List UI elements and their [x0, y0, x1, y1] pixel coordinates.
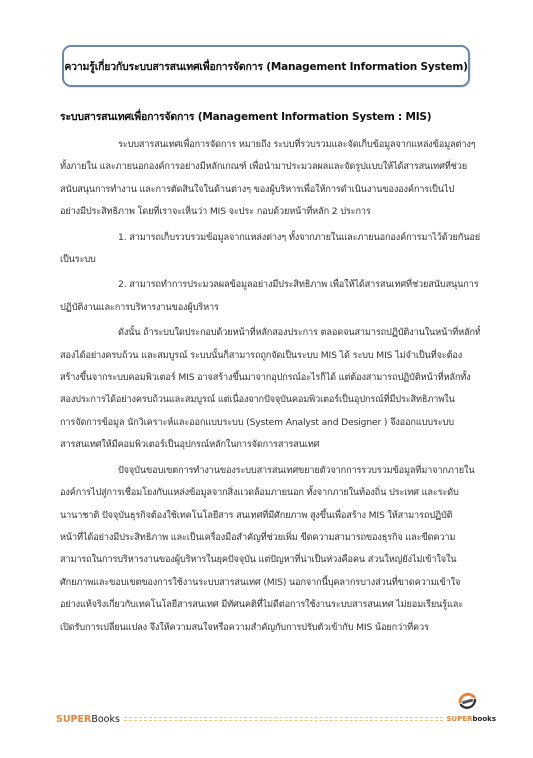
text-line: สารสนเทศให้มีคอมพิวเตอร์เป็นอุปกรณ์หลักใ…	[60, 434, 480, 456]
list-item-2: 2. สามารถทำการประมวลผลข้อมูลอย่างมีประสิ…	[60, 274, 480, 319]
text-line: ระบบสารสนเทศเพื่อการจัดการ หมายถึง ระบบท…	[60, 134, 480, 156]
paragraph-current-scope: ปัจจุบันขอบเขตการทำงานของระบบสารสนเทศขยา…	[60, 460, 480, 639]
brand-books-text: books	[473, 715, 496, 723]
text-line: สร้างขึ้นจากระบบคอมพิวเตอร์ MIS อาจสร้าง…	[60, 367, 480, 389]
title-box: ความรู้เกี่ยวกับระบบสารสนเทศเพื่อการจัดก…	[62, 45, 470, 87]
text-line: อย่างมีประสิทธิภาพ โดยที่เราจะเห็นว่า MI…	[60, 201, 480, 223]
text-line: สองได้อย่างครบถ้วน และสมบูรณ์ ระบบนั้นก็…	[60, 345, 480, 367]
superbooks-logo-icon	[456, 690, 478, 712]
text-line: 2. สามารถทำการประมวลผลข้อมูลอย่างมีประสิ…	[60, 274, 480, 296]
list-item-1: 1. สามารถเก็บรวบรวมข้อมูลจากแหล่งต่างๆ ท…	[60, 227, 480, 272]
footer-brand-left: SUPERBooks	[56, 714, 120, 725]
text-line: อย่างแท้จริงเกี่ยวกับเทคโนโลยีสารสนเทศ ม…	[60, 594, 480, 616]
text-line: การจัดการข้อมูล นักวิเคราะห์และออกแบบระบ…	[60, 412, 480, 434]
paragraph-conclusion: ดังนั้น ถ้าระบบใดประกอบด้วยหน้าที่หลักสอ…	[60, 322, 480, 456]
brand-super-text: SUPER	[447, 715, 473, 723]
text-line: ปฏิบัติงานและการบริหารงานของผู้บริหาร	[60, 297, 480, 319]
document-content: ระบบสารสนเทศเพื่อการจัดการ (Management I…	[60, 108, 480, 642]
text-line: องค์การไปสู่การเชื่อมโยงกับแหล่งข้อมูลจา…	[60, 482, 480, 504]
brand-books-text: Books	[91, 714, 120, 725]
text-line: นานาชาติ ปัจจุบันธุรกิจต้องใช้เทคโนโลยีส…	[60, 505, 480, 527]
text-line: ทั้งภายใน และภายนอกองค์การอย่างมีหลักเกณ…	[60, 156, 480, 178]
text-line: ปัจจุบันขอบเขตการทำงานของระบบสารสนเทศขยา…	[60, 460, 480, 482]
document-title: ความรู้เกี่ยวกับระบบสารสนเทศเพื่อการจัดก…	[64, 58, 467, 75]
text-line: หน้าที่ได้อย่างมีประสิทธิภาพ และเป็นเครื…	[60, 527, 480, 549]
brand-super-text: SUPER	[56, 714, 91, 725]
footer-brand-right: SUPERbooks	[447, 715, 496, 723]
text-line: ศักยภาพและขอบเขตของการใช้งานระบบสารสนเทศ…	[60, 572, 480, 594]
text-line: สนับสนุนการทำงาน และการตัดสินใจในด้านต่า…	[60, 179, 480, 201]
document-page: ความรู้เกี่ยวกับระบบสารสนเทศเพื่อการจัดก…	[0, 0, 533, 758]
page-footer: SUPERBooks SUPERbooks	[56, 712, 496, 726]
text-line: เป็นระบบ	[60, 249, 480, 271]
text-line: สามารถในการบริหารงานของผู้บริหารในยุคปัจ…	[60, 549, 480, 571]
footer-divider	[124, 717, 443, 721]
text-line: สองประการได้อย่างครบถ้วนและสมบูรณ์ แต่เน…	[60, 389, 480, 411]
text-line: 1. สามารถเก็บรวบรวมข้อมูลจากแหล่งต่างๆ ท…	[60, 227, 480, 249]
text-line: ดังนั้น ถ้าระบบใดประกอบด้วยหน้าที่หลักสอ…	[60, 322, 480, 344]
paragraph-definition: ระบบสารสนเทศเพื่อการจัดการ หมายถึง ระบบท…	[60, 134, 480, 224]
text-line: เปิดรับการเปลี่ยนแปลง จึงให้ความสนใจหรือ…	[60, 617, 480, 639]
section-heading: ระบบสารสนเทศเพื่อการจัดการ (Management I…	[60, 108, 480, 126]
